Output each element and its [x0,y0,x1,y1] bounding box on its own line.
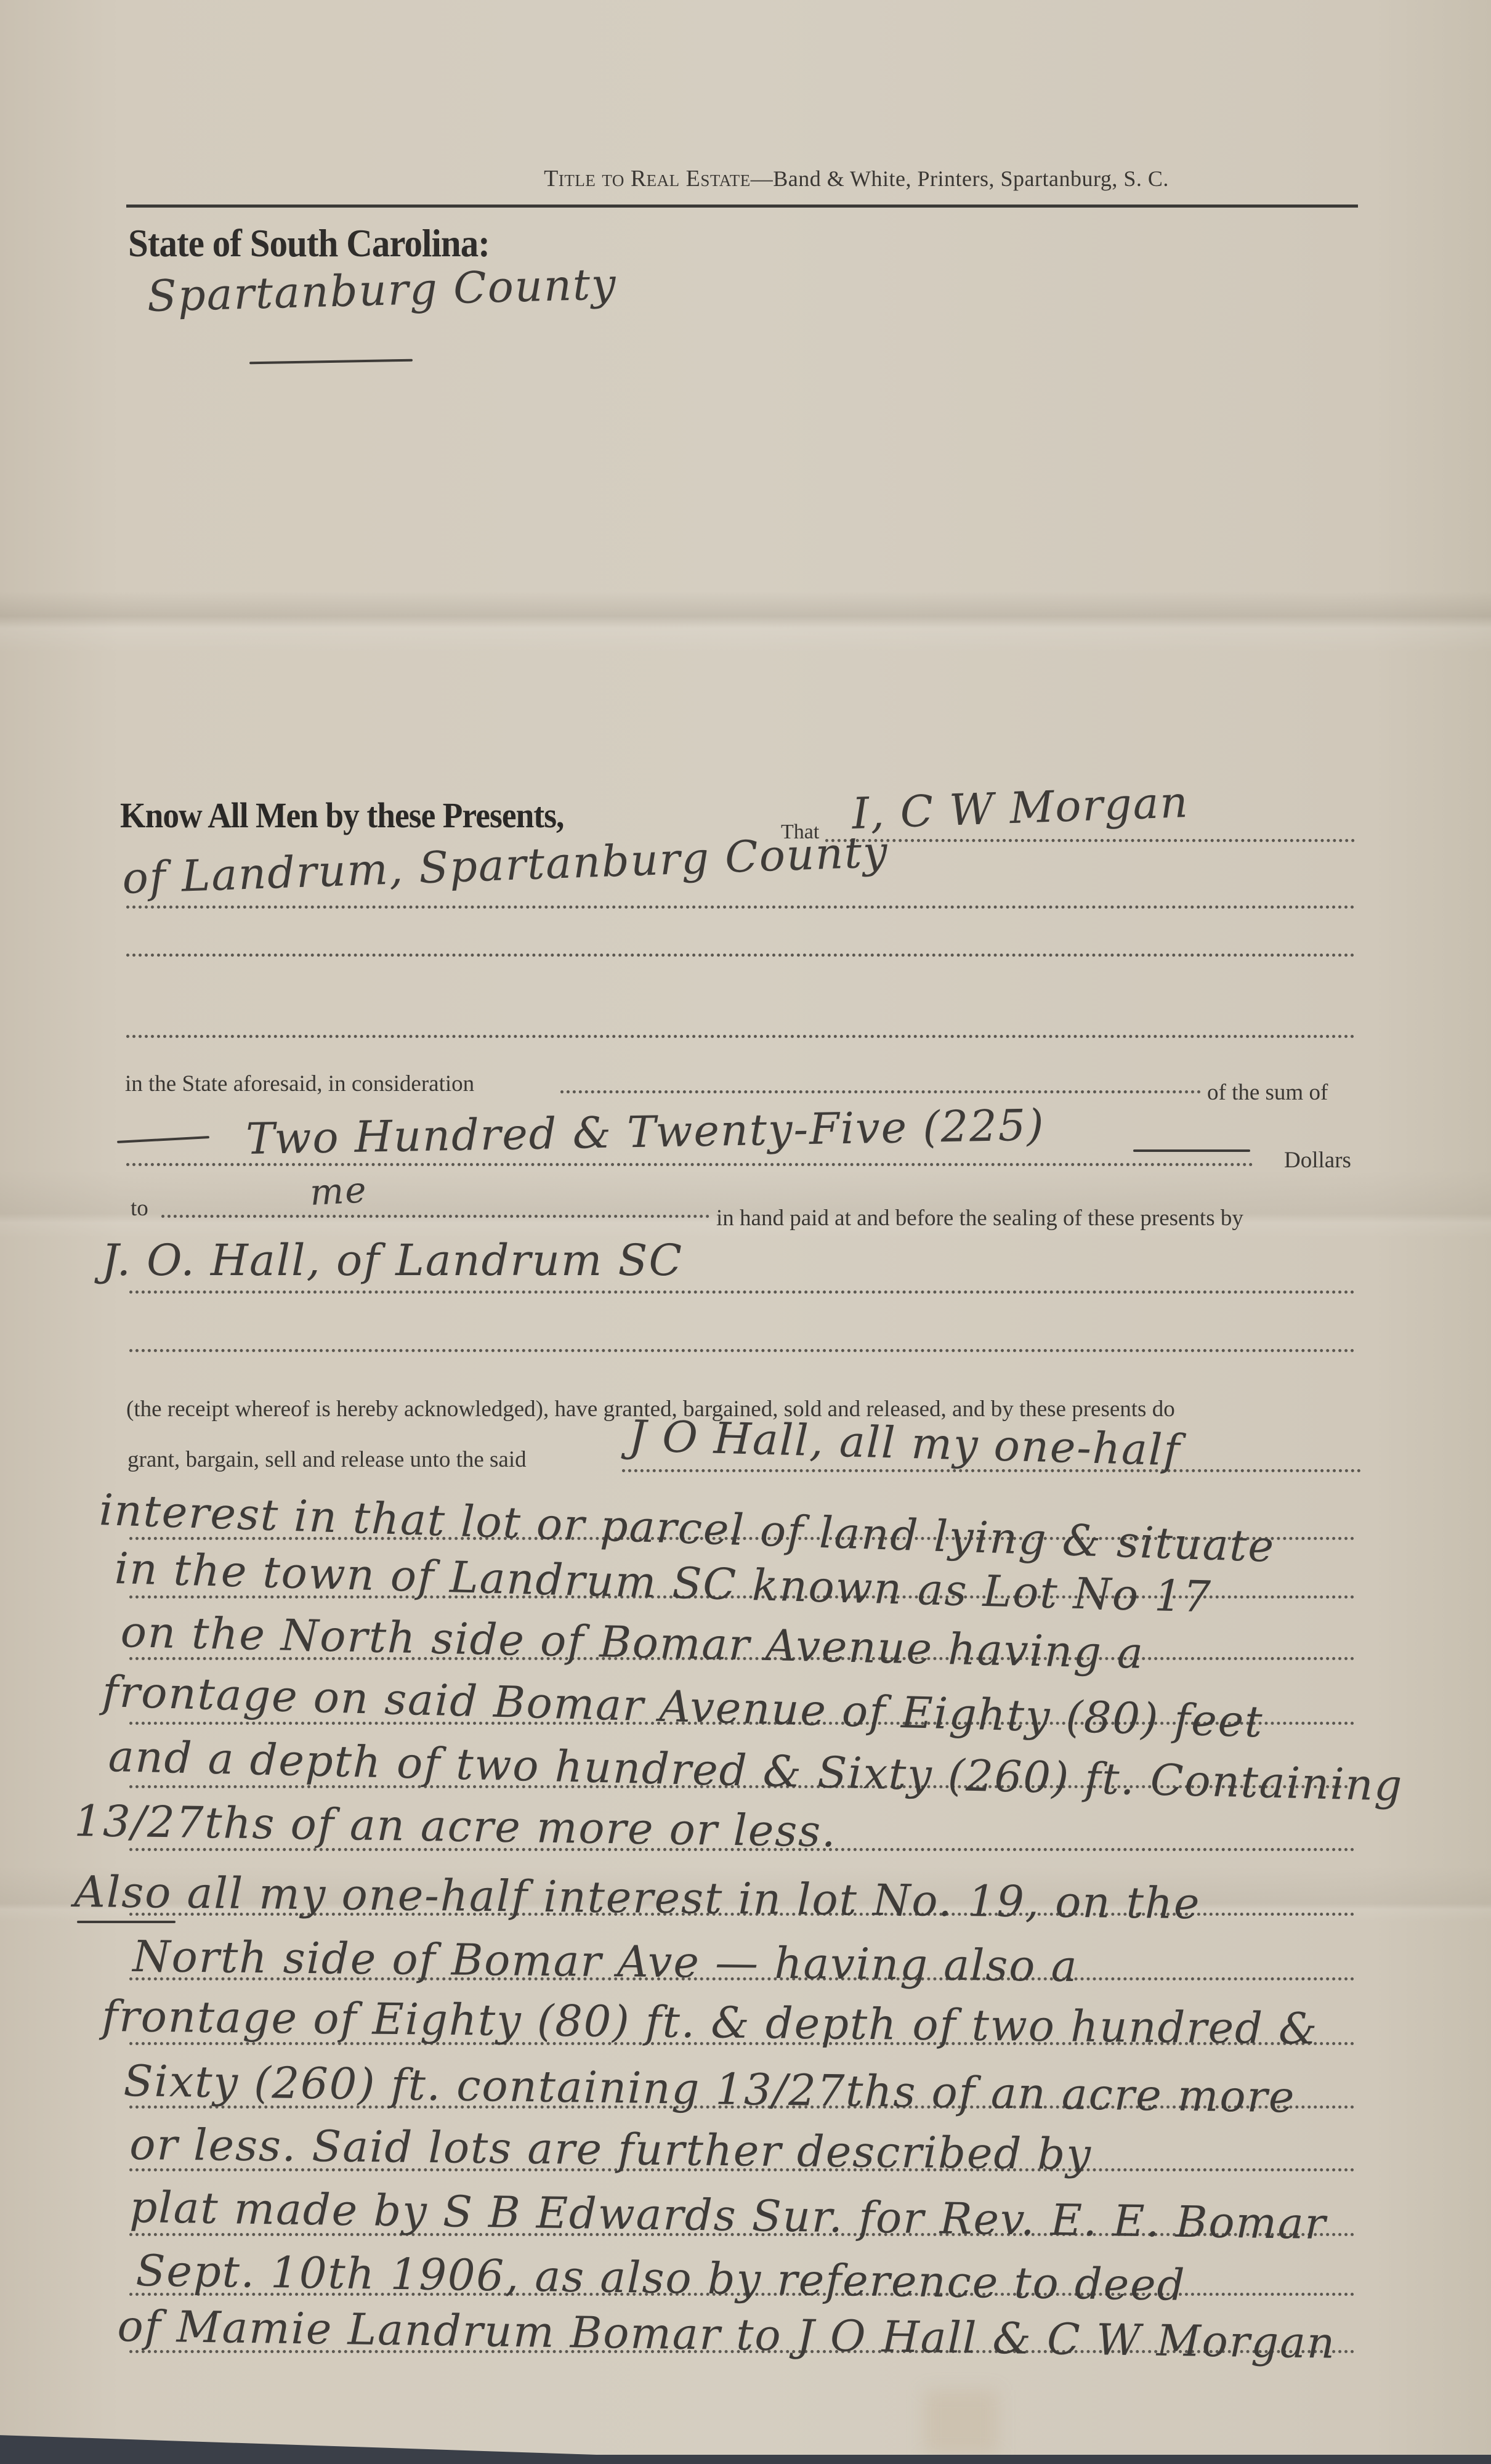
grantor-location-handwritten: of Landrum, Spartanburg County [121,827,889,904]
payee-line [161,1215,709,1218]
payer-line-2 [129,1349,1355,1352]
county-handwritten: Spartanburg County [147,259,618,322]
description-line-8: North side of Bomar Ave — having also a [132,1931,1078,1992]
description-line-12: plat made by S B Edwards Sur. for Rev. E… [129,2182,1327,2249]
grantor-line [825,839,1355,842]
dollars-label: Dollars [1284,1147,1351,1173]
grant-clause: grant, bargain, sell and release unto th… [127,1446,527,1473]
payee-handwritten: me [309,1169,368,1214]
grantor-location-line [126,906,1355,909]
state-title: State of South Carolina: [128,221,490,266]
opening-formula: Know All Men by these Presents, [120,795,564,836]
header-printer: —Band & White, Printers, Spartanburg, S.… [751,166,1169,191]
amount-handwritten: Two Hundred & Twenty-Five (225) [246,1100,1046,1164]
payer-line [129,1291,1355,1294]
amount-lead-dash [117,1136,209,1143]
consideration-label: in the State aforesaid, in consideration [125,1071,474,1097]
description-line-6: 13/27ths of an acre more or less. [74,1796,837,1857]
description-line-14: of Mamie Landrum Bomar to J O Hall & C W… [117,2301,1336,2369]
hand-paid-label: in hand paid at and before the sealing o… [716,1205,1243,1231]
consideration-line [560,1090,1201,1093]
also-underline [77,1921,176,1923]
deed-page: Title to Real Estate—Band & White, Print… [0,0,1491,2455]
description-line-10: Sixty (260) ft. containing 13/27ths of a… [123,2056,1296,2123]
blank-line-2 [126,1035,1355,1038]
description-line-7: Also all my one-half interest in lot No.… [74,1866,1201,1929]
sum-of-label: of the sum of [1207,1079,1328,1106]
header-title: Title to Real Estate [544,166,751,192]
grantor-handwritten: I, C W Morgan [851,777,1190,839]
printer-header: Title to Real Estate—Band & White, Print… [359,165,1354,192]
to-label: to [131,1195,148,1222]
payer-handwritten: J. O. Hall, of Landrum SC [102,1235,683,1286]
description-line-11: or less. Said lots are further described… [129,2119,1092,2179]
description-line-13: Sept. 10th 1906, as also by reference to… [135,2245,1186,2311]
description-line-3: on the North side of Bomar Avenue having… [120,1607,1145,1679]
county-underline [249,359,413,365]
paper-stain [924,2390,998,2455]
blank-line-1 [126,954,1355,957]
header-rule [126,205,1358,208]
amount-trail-dash [1133,1149,1250,1152]
amount-line [126,1163,1253,1166]
